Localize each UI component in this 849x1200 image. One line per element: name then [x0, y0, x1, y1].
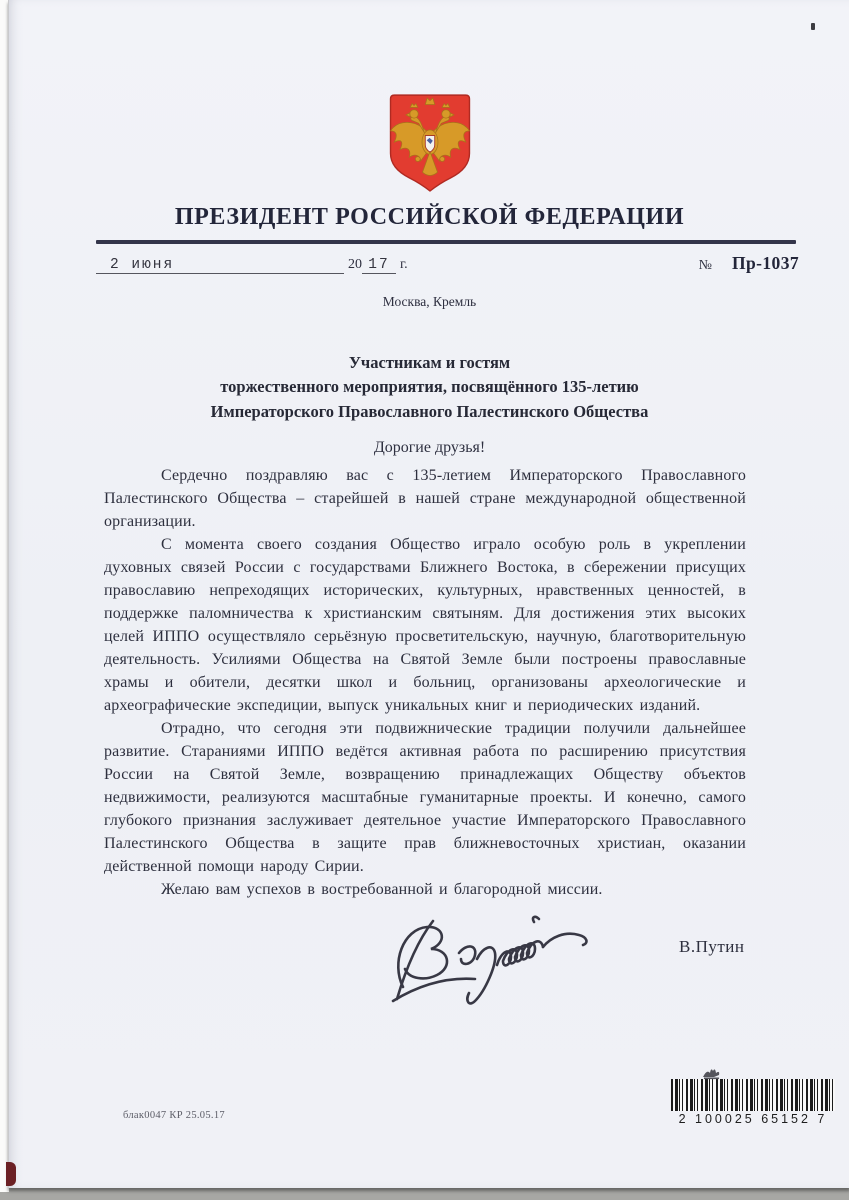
addressee-line: торжественного мероприятия, посвящённого… — [9, 375, 849, 400]
signatory-name: В.Путин — [679, 937, 745, 957]
paragraph: Сердечно поздравляю вас с 135-летием Имп… — [104, 464, 746, 533]
date-number-row: 2 июня 2017 г. № Пр-1037 — [96, 251, 799, 293]
date-field: 2 июня 2017 г. — [96, 255, 408, 274]
letterhead-rule — [96, 240, 796, 244]
signature-block: В.Путин — [104, 911, 824, 1023]
paragraph: Отрадно, что сегодня эти подвижнические … — [104, 717, 746, 878]
scan-artifact-dot — [811, 23, 815, 30]
barcode-eagle-icon — [701, 1066, 723, 1080]
form-code: блак0047 КР 25.05.17 — [123, 1110, 225, 1121]
barcode-digits: 2 100025 65152 7 — [667, 1112, 839, 1126]
barcode: 2 100025 65152 7 — [667, 1066, 839, 1126]
paragraph: Желаю вам успехов в востребованной и бла… — [104, 878, 746, 901]
letter-paper: ПРЕЗИДЕНТ РОССИЙСКОЙ ФЕДЕРАЦИИ 2 июня 20… — [8, 0, 849, 1188]
addressee-block: Участникам и гостям торжественного мероп… — [9, 351, 849, 425]
date-century: 20 — [348, 257, 362, 272]
number-value: Пр-1037 — [732, 253, 799, 273]
addressee-line: Императорского Православного Палестинско… — [9, 400, 849, 425]
letter-body: Сердечно поздравляю вас с 135-летием Имп… — [104, 464, 746, 901]
paragraph: С момента своего создания Общество играл… — [104, 533, 746, 717]
salutation: Дорогие друзья! — [9, 437, 849, 459]
date-suffix: г. — [400, 257, 408, 272]
place-line: Москва, Кремль — [9, 293, 849, 311]
number-sign: № — [699, 258, 712, 273]
addressee-line: Участникам и гостям — [9, 351, 849, 376]
signature-autograph — [389, 913, 709, 1005]
date-year: 17 — [368, 257, 389, 273]
coat-of-arms-russia-icon — [383, 93, 477, 195]
date-day-month: 2 июня — [110, 257, 174, 273]
barcode-bars — [671, 1079, 835, 1111]
letterhead-title: ПРЕЗИДЕНТ РОССИЙСКОЙ ФЕДЕРАЦИИ — [9, 202, 849, 232]
document-number: № Пр-1037 — [699, 253, 799, 274]
scan-artifact-red-mark — [6, 1162, 16, 1186]
